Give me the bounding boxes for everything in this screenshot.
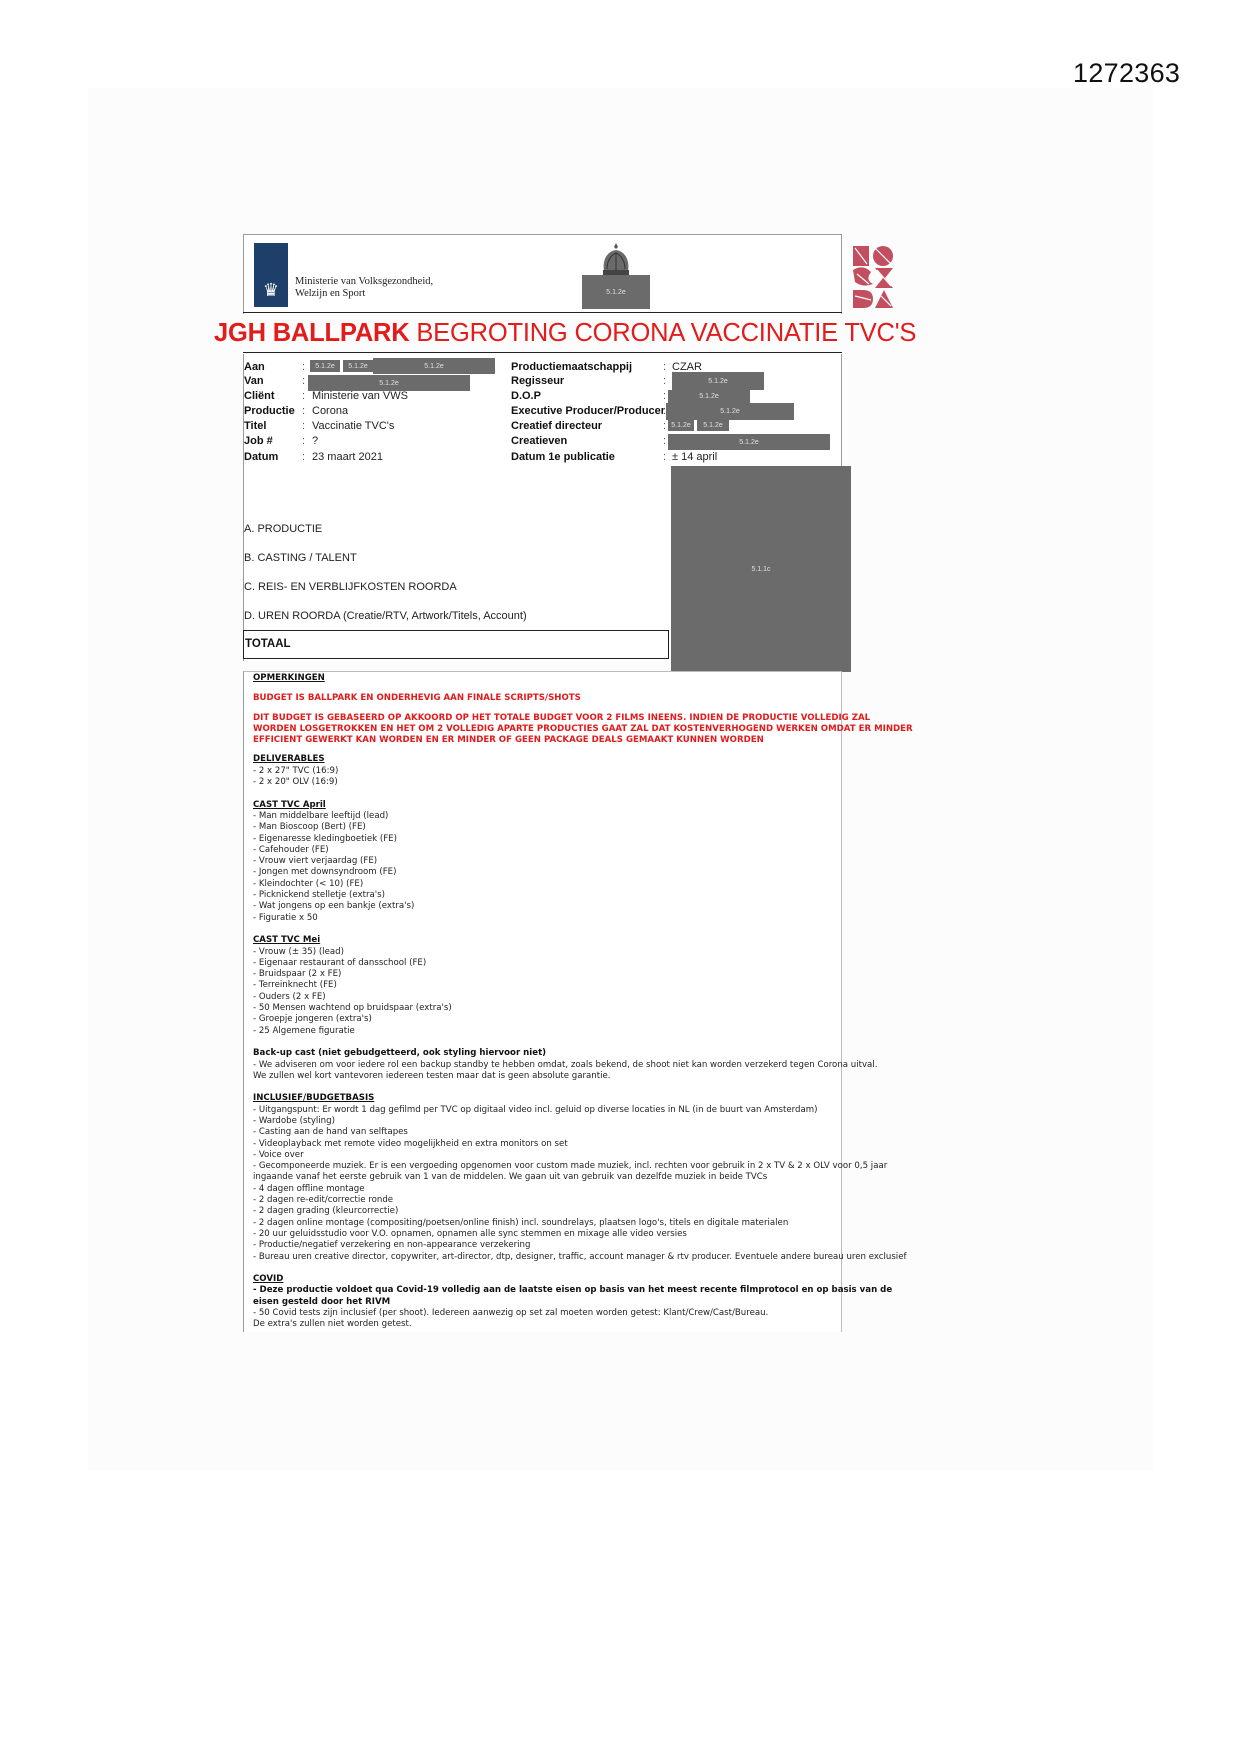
info-label-aan: Aan xyxy=(244,361,265,373)
list-item: - 2 dagen grading (kleurcorrectie) xyxy=(253,1206,933,1217)
title-rule-bottom xyxy=(243,352,842,353)
redacted-block: 5.1.2e xyxy=(672,372,764,390)
info-label-executive-producer: Executive Producer/Producer xyxy=(511,405,665,417)
list-item: - Productie/negatief verzekering en non-… xyxy=(253,1240,933,1251)
list-item: - Terreinknecht (FE) xyxy=(253,980,933,991)
colon: : xyxy=(663,375,666,387)
list-item: - Groepje jongeren (extra's) xyxy=(253,1014,933,1025)
info-value-productie: Corona xyxy=(312,405,348,417)
list-item: - Voice over xyxy=(253,1150,933,1161)
list-item: - 2 x 27" TVC (16:9) xyxy=(253,766,933,777)
list-item: - Eigenaresse kledingboetiek (FE) xyxy=(253,834,933,845)
paragraph: De extra's zullen niet worden getest. xyxy=(253,1319,933,1330)
colon: : xyxy=(663,390,666,402)
list-item: - Bureau uren creative director, copywri… xyxy=(253,1252,913,1263)
redacted-amounts-block: 5.1.1c xyxy=(671,466,851,672)
paragraph: - We adviseren om voor iedere rol een ba… xyxy=(253,1060,933,1071)
list-item: - Bruidspaar (2 x FE) xyxy=(253,969,933,980)
list-item: - 4 dagen offline montage xyxy=(253,1184,933,1195)
document-title: JGH BALLPARK BEGROTING CORONA VACCINATIE… xyxy=(214,319,916,348)
list-item: - Wat jongens op een bankje (extra's) xyxy=(253,901,933,912)
info-value-datum: 23 maart 2021 xyxy=(312,451,383,463)
budget-line-reiskosten: C. REIS- EN VERBLIJFKOSTEN ROORDA xyxy=(244,581,457,593)
list-item: - 50 Mensen wachtend op bruidspaar (extr… xyxy=(253,1003,933,1014)
paragraph: - 50 Covid tests zijn inclusief (per sho… xyxy=(253,1308,933,1319)
redacted-block: 5.1.2e xyxy=(668,419,694,431)
letterhead-box xyxy=(243,234,842,314)
redacted-block: 5.1.2e xyxy=(666,403,794,420)
redacted-block: 5.1.2e xyxy=(697,419,729,431)
budget-line-uren: D. UREN ROORDA (Creatie/RTV, Artwork/Tit… xyxy=(244,610,527,622)
colon: : xyxy=(302,420,305,432)
info-label-creatief-directeur: Creatief directeur xyxy=(511,420,602,432)
list-item: - 25 Algemene figuratie xyxy=(253,1026,933,1037)
info-label-titel: Titel xyxy=(244,420,266,432)
coat-of-arms-icon: ♛ xyxy=(258,279,284,301)
list-item: - Cafehouder (FE) xyxy=(253,845,933,856)
info-value-titel: Vaccinatie TVC's xyxy=(312,420,394,432)
info-label-creatieven: Creatieven xyxy=(511,435,567,447)
info-value-job: ? xyxy=(312,435,318,447)
list-item: - Casting aan de hand van selftapes xyxy=(253,1127,933,1138)
redacted-block: 5.1.2e xyxy=(582,275,650,309)
info-label-datum-publicatie: Datum 1e publicatie xyxy=(511,451,615,463)
covid-compliance-line: - Deze productie voldoet qua Covid-19 vo… xyxy=(253,1285,913,1308)
list-item: - Picknickend stelletje (extra's) xyxy=(253,890,933,901)
info-value-client: Ministerie van VWS xyxy=(312,390,408,402)
list-item: - Wardobe (styling) xyxy=(253,1116,933,1127)
budget-line-productie: A. PRODUCTIE xyxy=(244,523,322,535)
info-label-productiemaatschappij: Productiemaatschappij xyxy=(511,361,632,373)
info-label-client: Cliënt xyxy=(244,390,275,402)
redacted-block: 5.1.2e xyxy=(668,434,830,450)
title-rule-top xyxy=(243,312,842,313)
backup-cast-heading: Back-up cast (niet gebudgetteerd, ook st… xyxy=(253,1048,933,1059)
colon: : xyxy=(302,435,305,447)
info-value-datum-publicatie: ± 14 april xyxy=(672,451,717,463)
colon: : xyxy=(302,451,305,463)
total-label: TOTAAL xyxy=(245,638,291,650)
ballpark-warning: BUDGET IS BALLPARK EN ONDERHEVIG AAN FIN… xyxy=(253,693,933,704)
list-item: - 2 dagen online montage (compositing/po… xyxy=(253,1218,933,1229)
list-item: - Vrouw viert verjaardag (FE) xyxy=(253,856,933,867)
list-item: - Man middelbare leeftijd (lead) xyxy=(253,811,933,822)
deliverables-heading: DELIVERABLES xyxy=(253,754,933,765)
list-item: - Ouders (2 x FE) xyxy=(253,992,933,1003)
inclusief-heading: INCLUSIEF/BUDGETBASIS xyxy=(253,1093,933,1104)
roorda-logo xyxy=(851,244,895,308)
list-item: - Figuratie x 50 xyxy=(253,913,933,924)
colon: : xyxy=(302,375,305,387)
remarks-section: OPMERKINGEN BUDGET IS BALLPARK EN ONDERH… xyxy=(253,673,933,1331)
list-item: - Eigenaar restaurant of dansschool (FE) xyxy=(253,958,933,969)
info-label-regisseur: Regisseur xyxy=(511,375,564,387)
redacted-block: 5.1.2e xyxy=(308,375,470,391)
info-label-dop: D.O.P xyxy=(511,390,541,402)
crown-icon xyxy=(598,241,634,279)
colon: : xyxy=(302,390,305,402)
info-label-van: Van xyxy=(244,375,264,387)
redacted-block: 5.1.2e xyxy=(343,360,373,372)
page-number: 1272363 xyxy=(1073,58,1180,89)
cast-mei-heading: CAST TVC Mei xyxy=(253,935,933,946)
list-item: - 2 dagen re-edit/correctie ronde xyxy=(253,1195,933,1206)
list-item: - Videoplayback met remote video mogelij… xyxy=(253,1139,933,1150)
list-item: - 2 x 20" OLV (16:9) xyxy=(253,777,933,788)
paragraph: We zullen wel kort vantevoren iedereen t… xyxy=(253,1071,933,1082)
list-item: - Jongen met downsyndroom (FE) xyxy=(253,867,933,878)
redacted-block: 5.1.2e xyxy=(373,358,495,374)
colon: : xyxy=(663,435,666,447)
info-label-productie: Productie xyxy=(244,405,295,417)
redacted-block: 5.1.2e xyxy=(310,360,340,372)
colon: : xyxy=(663,420,666,432)
remarks-heading: OPMERKINGEN xyxy=(253,673,933,684)
list-item: - Man Bioscoop (Bert) (FE) xyxy=(253,822,933,833)
list-item: - 20 uur geluidsstudio voor V.O. opnamen… xyxy=(253,1229,933,1240)
colon: : xyxy=(663,451,666,463)
covid-heading: COVID xyxy=(253,1274,933,1285)
info-label-job: Job # xyxy=(244,435,273,447)
budget-line-casting: B. CASTING / TALENT xyxy=(244,552,357,564)
list-item: - Kleindochter (< 10) (FE) xyxy=(253,879,933,890)
ministry-name: Ministerie van Volksgezondheid, Welzijn … xyxy=(295,276,433,300)
list-item: - Uitgangspunt: Er wordt 1 dag gefilmd p… xyxy=(253,1105,933,1116)
info-label-datum: Datum xyxy=(244,451,278,463)
budget-basis-warning: DIT BUDGET IS GEBASEERD OP AKKOORD OP HE… xyxy=(253,713,913,747)
cast-april-heading: CAST TVC April xyxy=(253,800,933,811)
colon: : xyxy=(302,405,305,417)
list-item: - Vrouw (± 35) (lead) xyxy=(253,947,933,958)
list-item: - Gecomponeerde muziek. Er is een vergoe… xyxy=(253,1161,913,1184)
redacted-block: 5.1.2e xyxy=(668,390,750,403)
total-row: TOTAAL xyxy=(243,630,669,659)
colon: : xyxy=(302,361,305,373)
ministry-logo: ♛ xyxy=(254,243,288,307)
colon: : xyxy=(663,361,666,373)
